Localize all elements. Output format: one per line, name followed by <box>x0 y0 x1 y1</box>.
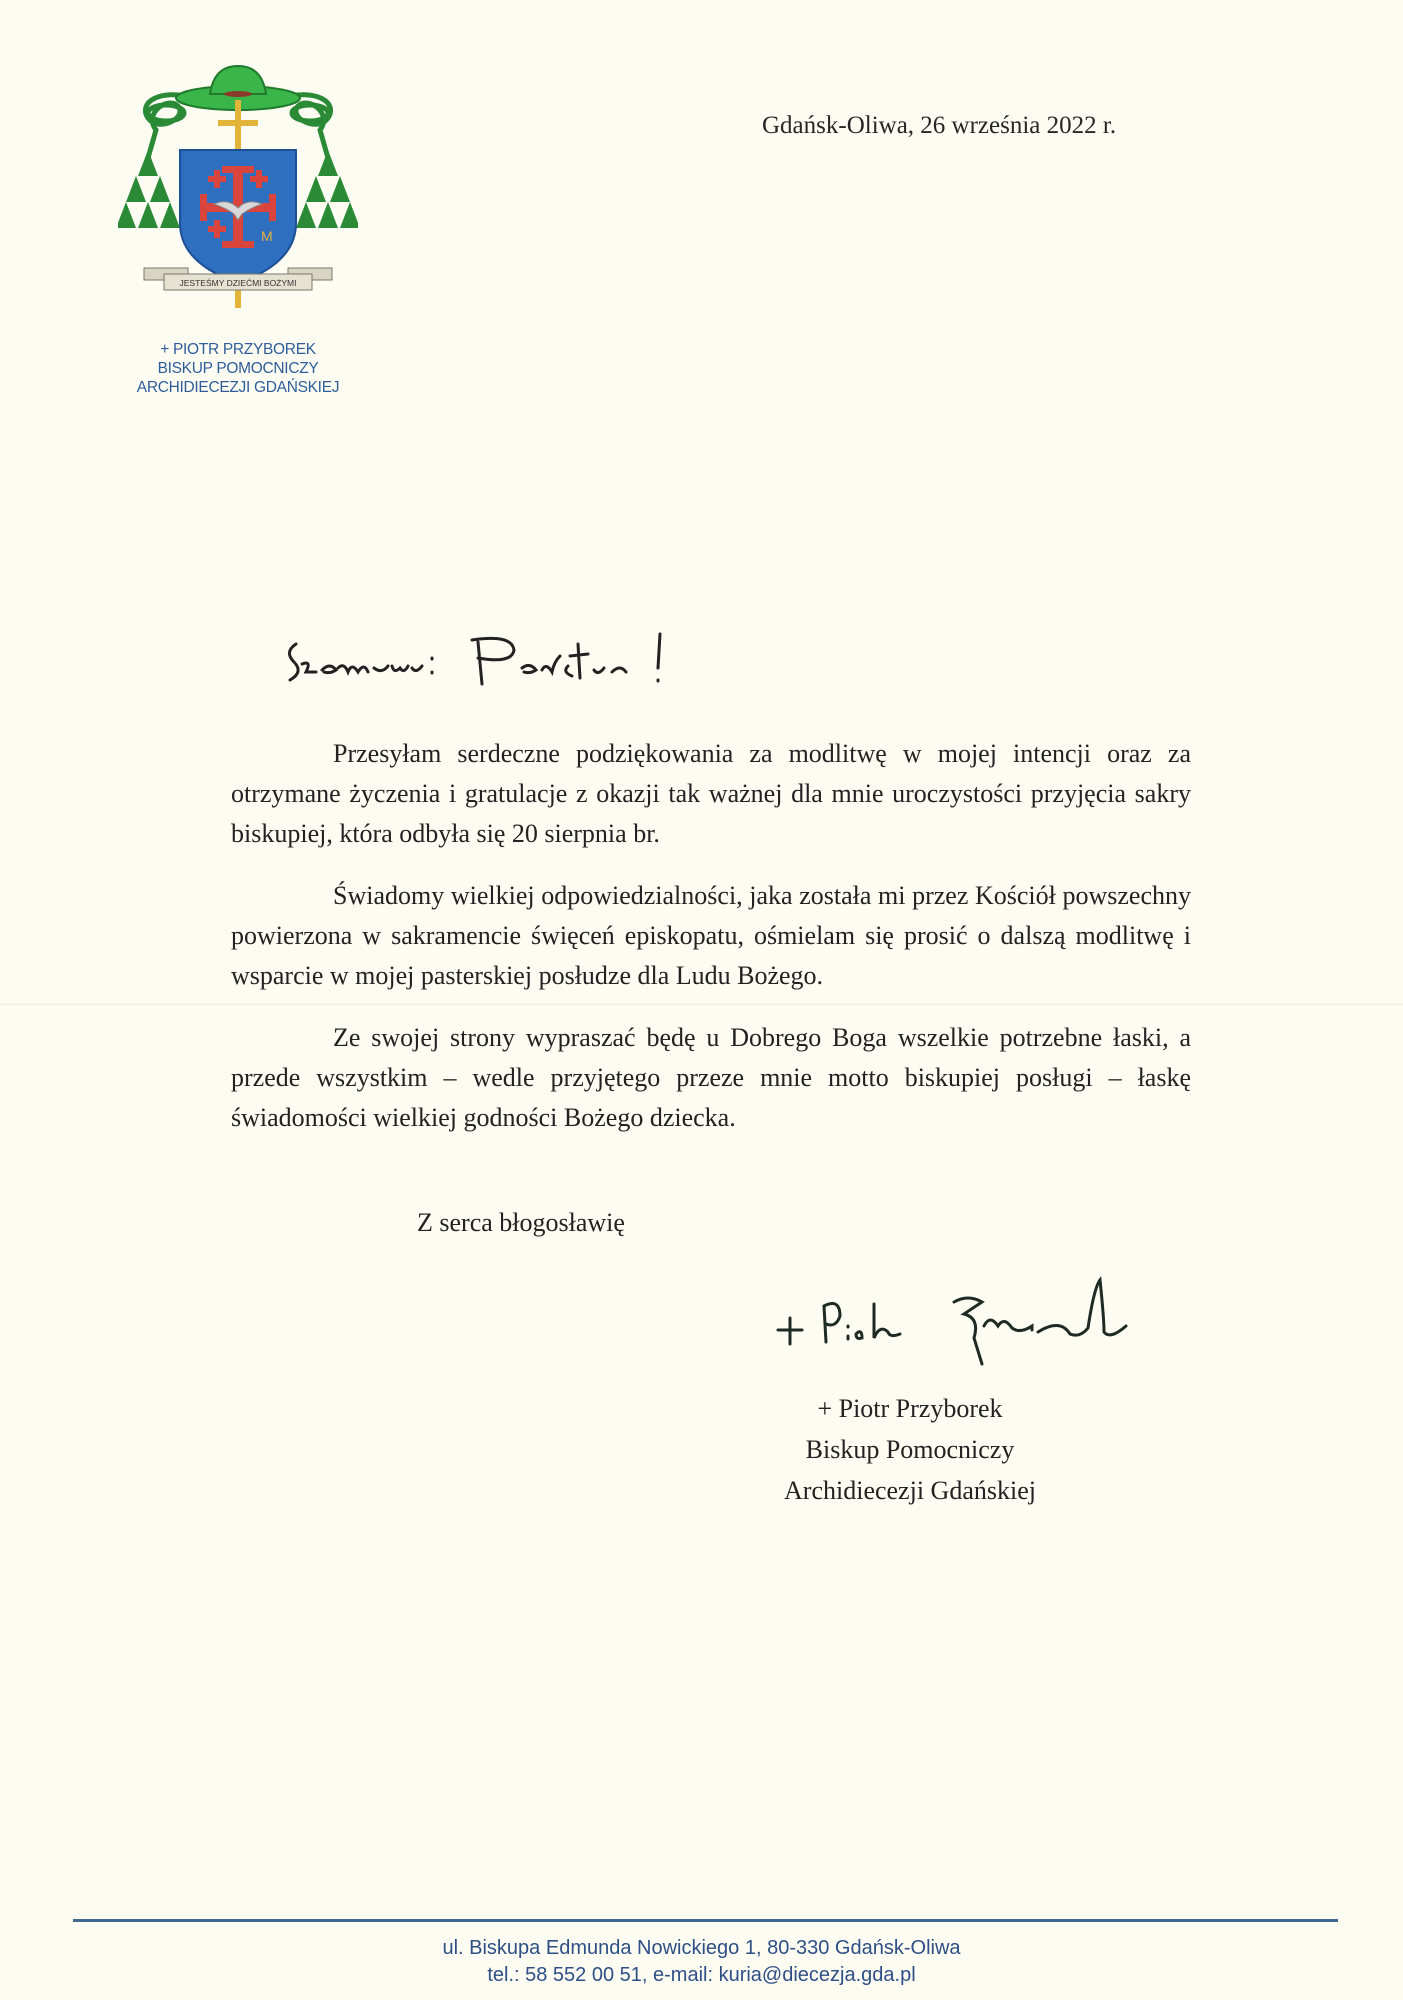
footer-contact: tel.: 58 552 00 51, e-mail: kuria@diecez… <box>0 1962 1403 1989</box>
handwritten-salutation: Szanowni Państwo! <box>282 628 762 708</box>
letterhead-name: + PIOTR PRZYBOREK <box>118 340 358 359</box>
signature-title: Biskup Pomocniczy <box>740 1429 1080 1470</box>
motto-text: JESTEŚMY DZIEĆMI BOŻYMI <box>180 277 297 288</box>
footer-address: ul. Biskupa Edmunda Nowickiego 1, 80-330… <box>0 1935 1403 1962</box>
letterhead: + PIOTR PRZYBOREK BISKUP POMOCNICZY ARCH… <box>118 340 358 397</box>
closing-line: Z serca błogosławię <box>417 1208 625 1238</box>
footer-divider <box>73 1919 1338 1922</box>
signature-name: + Piotr Przyborek <box>740 1388 1080 1429</box>
paragraph: Ze swojej strony wypraszać będę u Dobreg… <box>231 1018 1191 1138</box>
paragraph: Przesyłam serdeczne podziękowania za mod… <box>231 734 1191 854</box>
paragraph: Świadomy wielkiej odpowiedzialności, jak… <box>231 876 1191 996</box>
letterhead-title: BISKUP POMOCNICZY <box>118 359 358 378</box>
letter-date: Gdańsk-Oliwa, 26 września 2022 r. <box>762 112 1116 140</box>
letterhead-diocese: ARCHIDIECEZJI GDAŃSKIEJ <box>118 378 358 397</box>
coat-of-arms-icon: M JESTEŚMY DZIEĆMI BOŻYMI <box>118 58 358 308</box>
signature-diocese: Archidiecezji Gdańskiej <box>740 1470 1080 1511</box>
letter-body: Przesyłam serdeczne podziękowania za mod… <box>231 734 1191 1160</box>
footer: ul. Biskupa Edmunda Nowickiego 1, 80-330… <box>0 1935 1403 1989</box>
svg-text:M: M <box>261 228 273 244</box>
signature-block: + Piotr Przyborek Biskup Pomocniczy Arch… <box>740 1388 1080 1511</box>
handwritten-signature: + Piotr Przyborek <box>770 1268 1130 1378</box>
